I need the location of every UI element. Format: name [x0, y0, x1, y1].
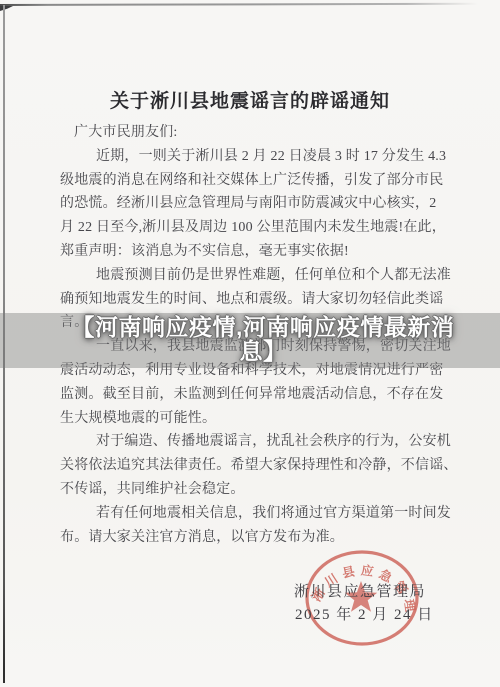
notice-title: 关于淅川县地震谣言的辟谣通知 [0, 86, 500, 113]
page-corner-mark [0, 6, 13, 11]
notice-line: 不传谣，共同维护社会稳定。 [60, 478, 436, 502]
notice-line: 关将依法追究其法律责任。希望大家保持理性和冷静，不信谣、 [60, 454, 436, 478]
notice-line: 布。请大家关注官方消息，以官方发布为准。 [60, 526, 436, 550]
notice-greeting: 广大市民朋友们: [60, 121, 436, 145]
caption-line-1: 【河南响应疫情,河南响应疫情最新消 [26, 315, 500, 339]
notice-line: 生大规模地震的可能性。 [60, 407, 436, 431]
notice-line: 的恐慌。经淅川县应急管理局与南阳市防震减灾中心核实，2 [60, 192, 436, 216]
notice-line: 监测。截至目前，未监测到任何异常地震活动信息，不存在发 [60, 383, 436, 407]
notice-line: 近期，一则关于淅川县 2 月 22 日凌晨 3 时 17 分发生 4.3 [60, 145, 436, 169]
notice-line: 级地震的消息在网络和社交媒体上广泛传播，引发了部分市民 [60, 169, 436, 193]
caption-overlay-text: 【河南响应疫情,河南响应疫情最新消 息】 [0, 315, 500, 363]
notice-line: 对于编造、传播地震谣言，扰乱社会秩序的行为，公安机 [60, 430, 436, 454]
signature-agency: 淅川县应急管理局 [294, 580, 426, 601]
page-top-edge-shadow [0, 3, 478, 6]
caption-line-2: 息】 [26, 339, 500, 363]
notice-line: 确预知地震发生的时间、地点和震级。请大家切勿轻信此类谣 [60, 288, 436, 312]
notice-line: 郑重声明：该消息为不实信息，毫无事实依据! [60, 240, 436, 264]
notice-line: 若有任何地震相关信息，我们将通过官方渠道第一时间发 [60, 502, 436, 526]
notice-line: 月 22 日至今,淅川县及周边 100 公里范围内未发生地震!在此， [60, 216, 436, 240]
document-photo: 关于淅川县地震谣言的辟谣通知 广大市民朋友们: 近期，一则关于淅川县 2 月 2… [0, 0, 500, 687]
signature-date: 2025 年 2 月 24 日 [295, 603, 434, 624]
notice-line: 地震预测目前仍是世界性难题，任何单位和个人都无法准 [60, 264, 436, 288]
